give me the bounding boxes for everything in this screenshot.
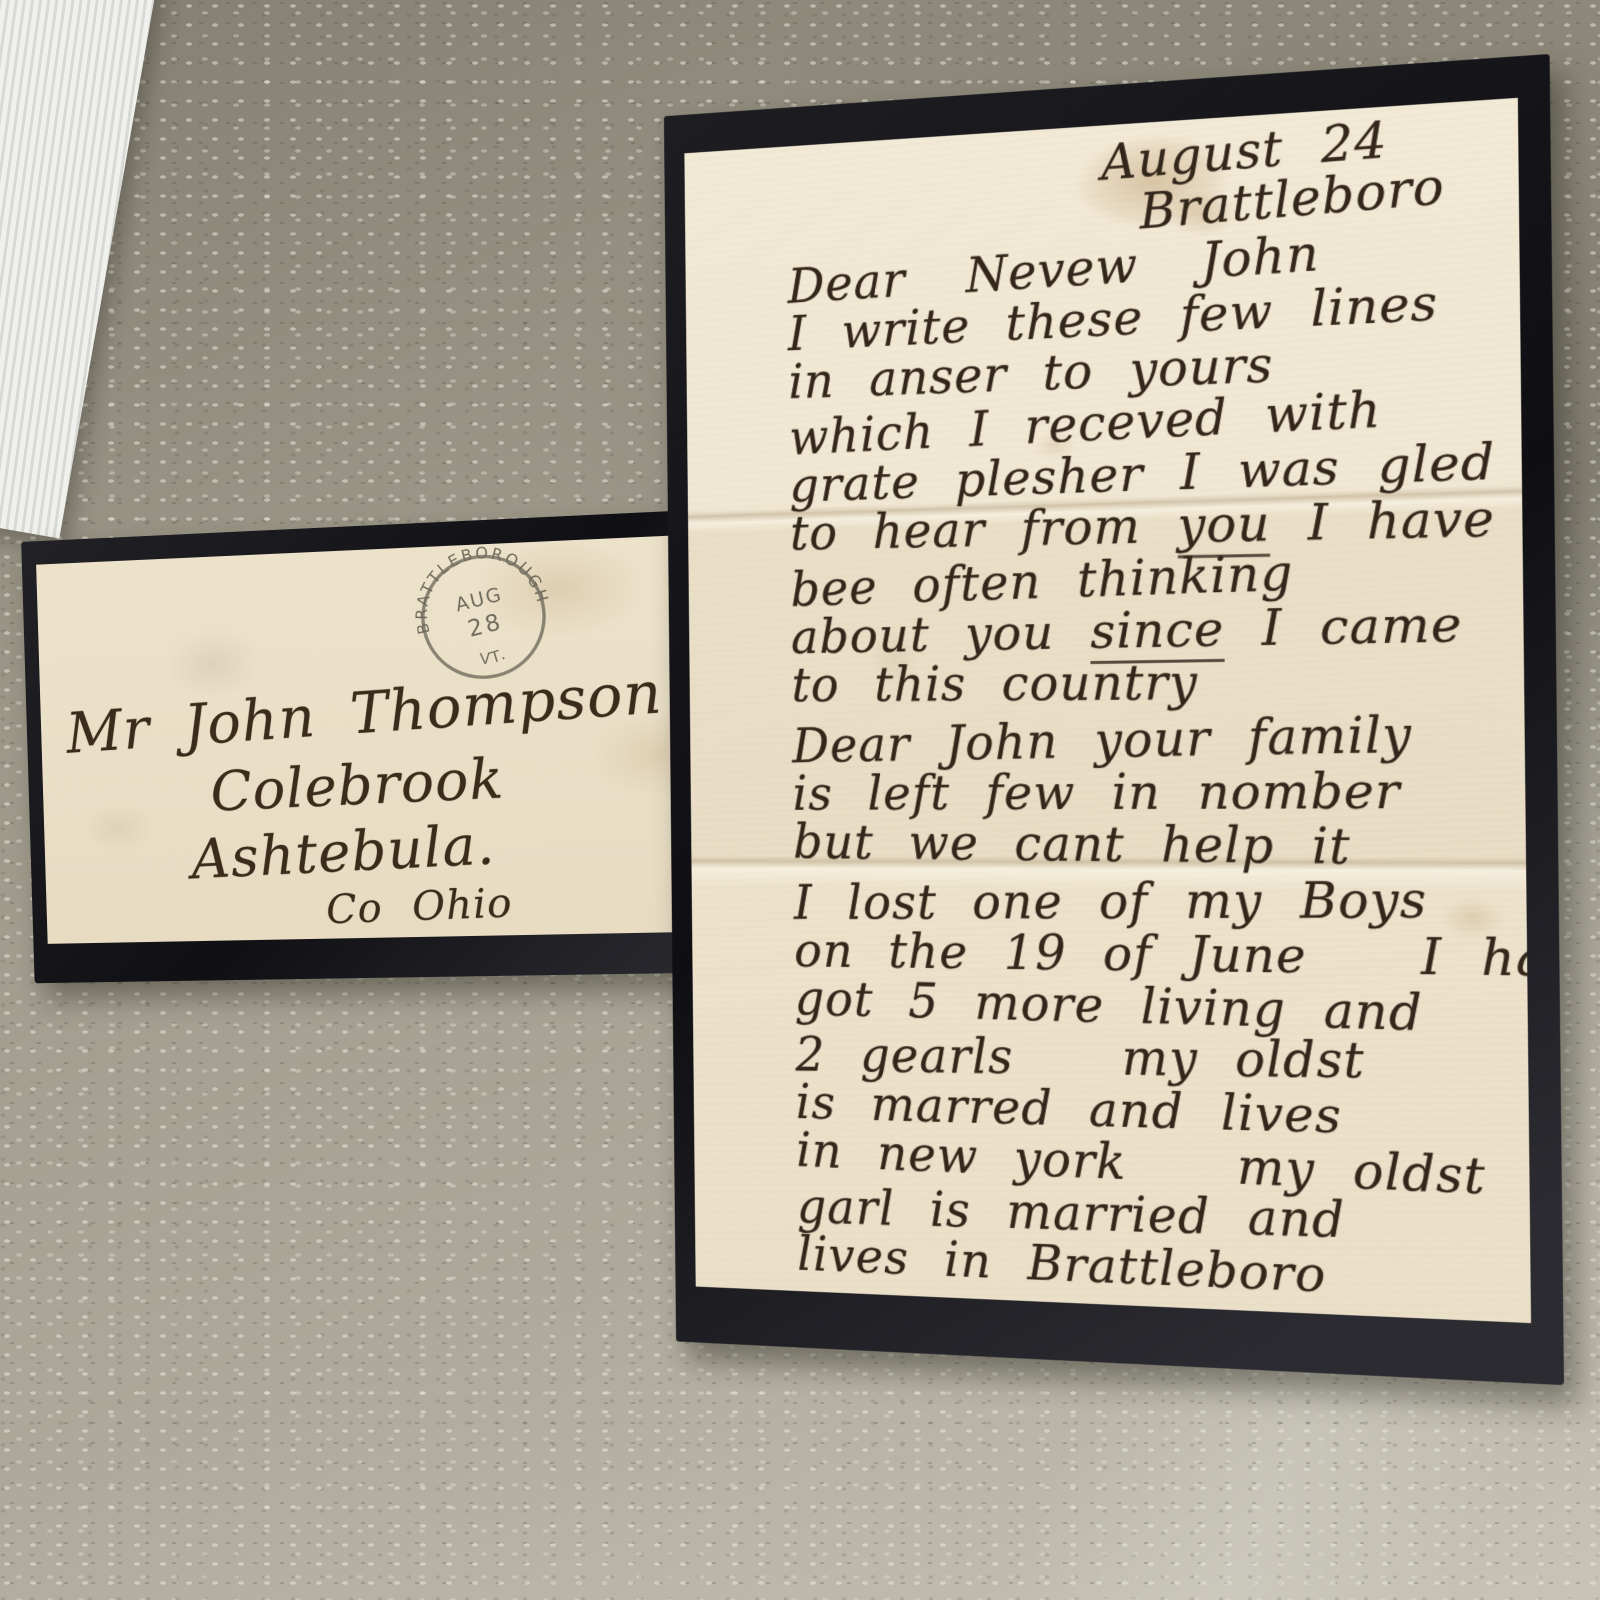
letter-mourning-border: August 24BrattleboroDear Nevew JohnI wri… <box>664 54 1564 1385</box>
letter-line: but we cant help it <box>742 817 1518 876</box>
paper-corner <box>0 0 162 539</box>
letter-line: to this country <box>740 654 1515 711</box>
letter-sheet: August 24BrattleboroDear Nevew JohnI wri… <box>664 54 1564 1385</box>
envelope-address: Mr John ThompsonColebrookAshtebula.Co Oh… <box>65 665 670 940</box>
letter-paper: August 24BrattleboroDear Nevew JohnI wri… <box>684 98 1531 1323</box>
postmark-day-text: 28 <box>465 608 506 642</box>
envelope-paper: BRATTLEBOROUGH VT. AUG 28 Mr John Thomps… <box>36 535 689 944</box>
envelope-mourning-border: BRATTLEBOROUGH VT. AUG 28 Mr John Thomps… <box>21 510 713 983</box>
letter-line: 2 gearls my oldst <box>744 1029 1521 1090</box>
letter-line: I lost one of my Boys <box>742 874 1518 929</box>
letter-text: August 24BrattleboroDear Nevew JohnI wri… <box>735 111 1522 1310</box>
photo-background: BRATTLEBOROUGH VT. AUG 28 Mr John Thomps… <box>0 0 1600 1600</box>
letter-line: Dear John your family <box>741 706 1517 773</box>
envelope: BRATTLEBOROUGH VT. AUG 28 Mr John Thomps… <box>21 510 713 983</box>
